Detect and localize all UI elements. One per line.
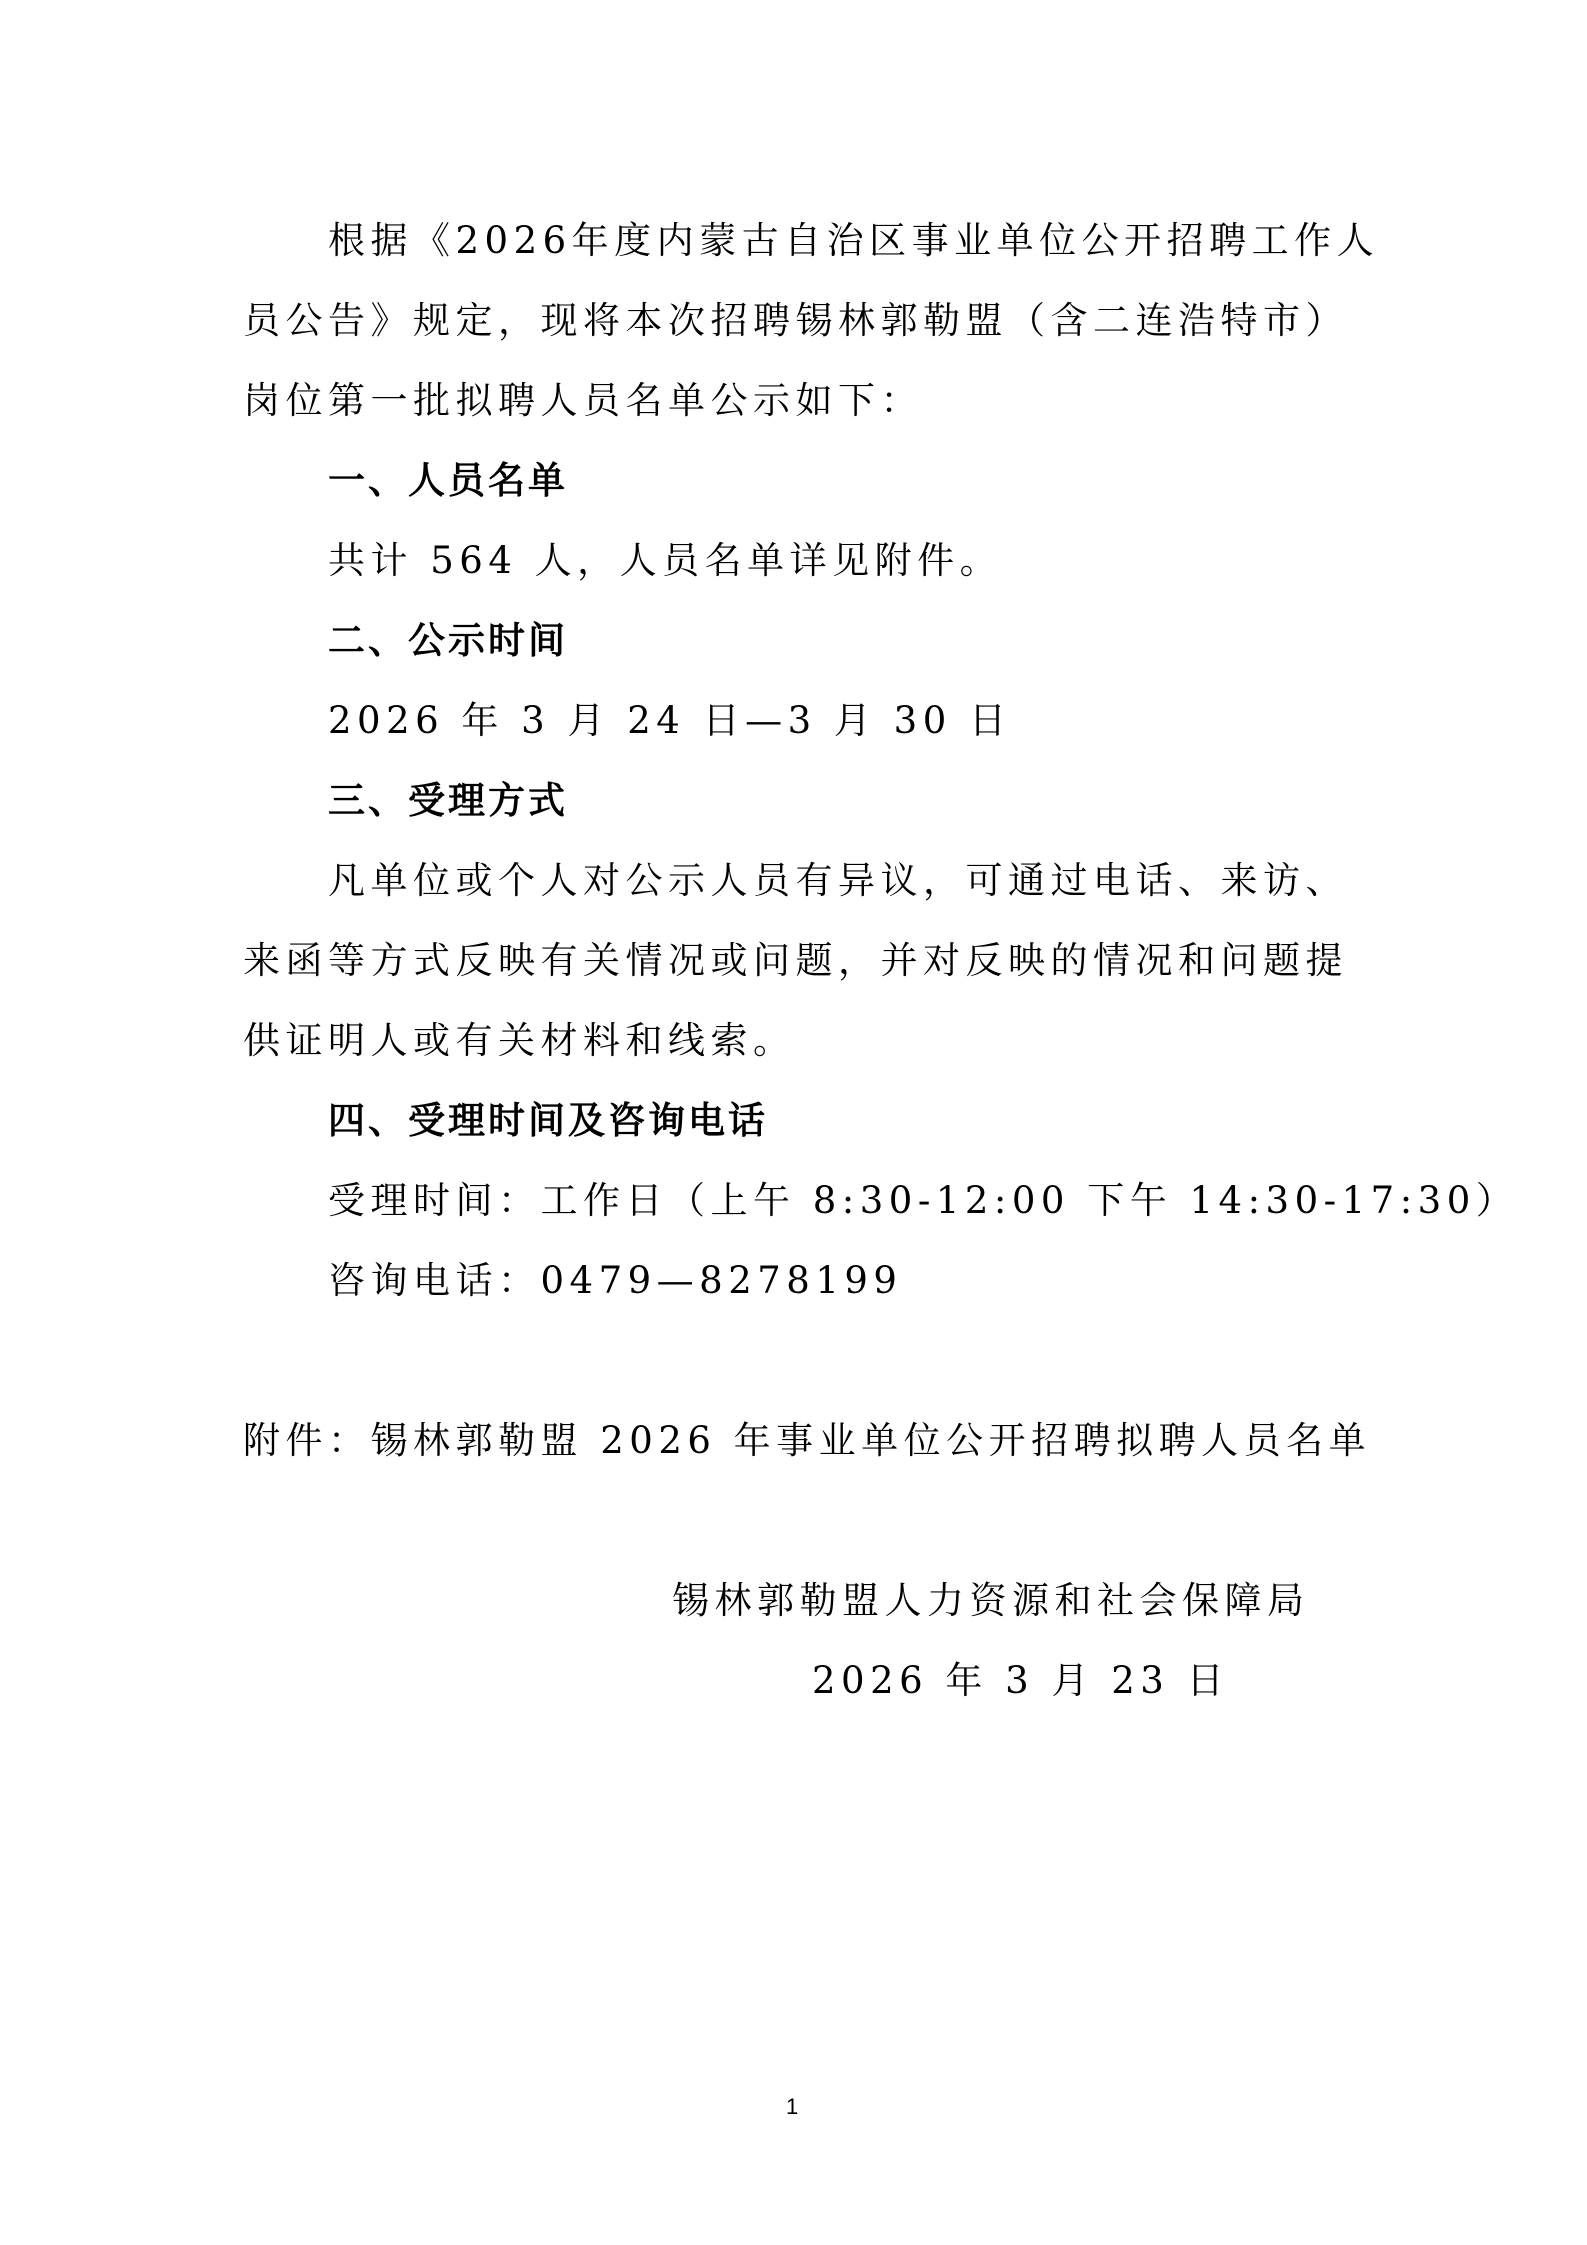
section-3-text-1: 凡单位或个人对公示人员有异议，可通过电话、来访、 <box>328 862 1348 899</box>
section-4-phone: 咨询电话：0479—8278199 <box>328 1262 902 1299</box>
section-4-hours: 受理时间：工作日（上午 8:30-12:00 下午 14:30-17:30） <box>328 1182 1518 1219</box>
intro-line-1: 根据《2026年度内蒙古自治区事业单位公开招聘工作人 <box>328 222 1379 259</box>
intro-line-2: 员公告》规定，现将本次招聘锡林郭勒盟（含二连浩特市） <box>243 302 1348 339</box>
section-2-heading: 二、公示时间 <box>328 622 568 659</box>
signature-date: 2026 年 3 月 23 日 <box>812 1662 1229 1699</box>
section-3-heading: 三、受理方式 <box>328 782 568 819</box>
attachment-note: 附件：锡林郭勒盟 2026 年事业单位公开招聘拟聘人员名单 <box>243 1422 1371 1459</box>
section-1-heading: 一、人员名单 <box>328 462 568 499</box>
section-3-text-2: 来函等方式反映有关情况或问题，并对反映的情况和问题提 <box>243 942 1348 979</box>
signature-organization: 锡林郭勒盟人力资源和社会保障局 <box>672 1582 1310 1619</box>
section-1-text: 共计 564 人，人员名单详见附件。 <box>328 542 1002 579</box>
section-2-text: 2026 年 3 月 24 日—3 月 30 日 <box>328 702 1012 739</box>
section-3-text-3: 供证明人或有关材料和线索。 <box>243 1022 796 1059</box>
page-number: 1 <box>786 2094 798 2120</box>
section-4-heading: 四、受理时间及咨询电话 <box>328 1102 768 1139</box>
intro-line-3: 岗位第一批拟聘人员名单公示如下： <box>243 382 923 419</box>
document-page: 根据《2026年度内蒙古自治区事业单位公开招聘工作人 员公告》规定，现将本次招聘… <box>0 0 1587 2245</box>
